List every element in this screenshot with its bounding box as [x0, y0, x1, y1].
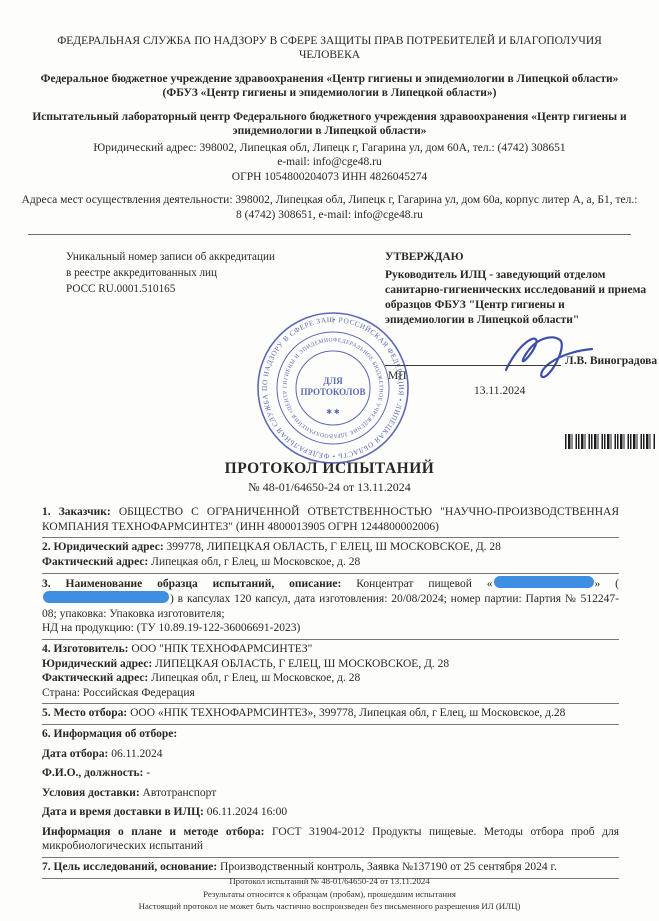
header-activity-addresses: Адреса мест осуществления деятельности: …	[18, 193, 642, 222]
fio-label: Ф.И.О., должность:	[42, 767, 143, 779]
signer-name: Л.В. Виноградова	[565, 355, 657, 367]
section-manufacturer: 4. Изготовитель: ООО "НПК ТЕХНОФАРМСИНТЕ…	[42, 640, 619, 704]
stamp-asterisks: ✱ ✱	[326, 408, 340, 416]
approval-block: УТВЕРЖДАЮ Руководитель ИЛЦ - заведующий …	[385, 250, 647, 328]
section-sampling-place: 5. Место отбора: ООО «НПК ТЕХНОФАРМСИНТЕ…	[42, 704, 619, 725]
nd-value: (ТУ 10.89.19-122-36006691-2023)	[137, 622, 301, 634]
document-header: ФЕДЕРАЛЬНАЯ СЛУЖБА ПО НАДЗОРУ В СФЕРЕ ЗА…	[0, 0, 659, 222]
header-org-name: Федеральное бюджетное учреждение здравоо…	[30, 72, 630, 101]
country-value: Российская Федерация	[83, 687, 195, 699]
signature-zone: • РОССИЙСКАЯ ФЕДЕРАЦИЯ • ЛИПЕЦКАЯ ОБЛАСТ…	[0, 328, 659, 456]
manufacturer-fact-value: Липецкая обл, г Елец, ш Московское, д. 2…	[151, 672, 360, 684]
purpose-label: 7. Цель исследований, основание:	[42, 861, 217, 873]
sampling-info-label: 6. Информация об отборе:	[42, 728, 177, 740]
header-lab-center: Испытательный лабораторный центр Федерал…	[30, 110, 630, 139]
header-service-name: ФЕДЕРАЛЬНАЯ СЛУЖБА ПО НАДЗОРУ В СФЕРЕ ЗА…	[50, 34, 610, 63]
protocol-sections: 1. Заказчик: ОБЩЕСТВО С ОГРАНИЧЕННОЙ ОТВ…	[42, 503, 619, 878]
delivery-conditions-value: Автотранспорт	[143, 787, 217, 799]
accreditation-line2: в реестре аккредитованных лиц	[66, 266, 275, 282]
manufacturer-value: ООО "НПК ТЕХНОФАРМСИНТЕЗ"	[131, 643, 312, 655]
approval-title: УТВЕРЖДАЮ	[385, 250, 647, 265]
section-sample: 3. Наименование образца испытаний, описа…	[42, 574, 619, 640]
section-customer-label: 1. Заказчик:	[42, 506, 111, 518]
section-legal-address: 2. Юридический адрес: 399778, ЛИПЕЦКАЯ О…	[42, 538, 619, 573]
nd-label: НД на продукцию:	[42, 622, 134, 634]
sampling-place-value: ООО «НПК ТЕХНОФАРМСИНТЕЗ», 399778, Липец…	[130, 707, 565, 719]
stamp-center-line1: ДЛЯ	[323, 376, 343, 386]
delivery-conditions-label: Условия доставки:	[42, 787, 140, 799]
round-stamp-icon: • РОССИЙСКАЯ ФЕДЕРАЦИЯ • ЛИПЕЦКАЯ ОБЛАСТ…	[253, 308, 413, 468]
stamp-place-label: МП	[388, 370, 407, 382]
sample-value-prefix: Концентрат пищевой «	[356, 578, 492, 590]
accreditation-line1: Уникальный номер записи об аккредитации	[66, 250, 275, 266]
delivery-datetime-label: Дата и время доставки в ИЛЦ:	[42, 806, 204, 818]
manufacturer-label: 4. Изготовитель:	[42, 643, 129, 655]
accreditation-number: РОСС RU.0001.510165	[66, 282, 275, 298]
purpose-value: Производственный контроль, Заявка №13719…	[220, 861, 557, 873]
protocol-number: № 48-01/64650-24 от 13.11.2024	[0, 480, 659, 495]
barcode	[565, 434, 655, 449]
section-customer-value: ОБЩЕСТВО С ОГРАНИЧЕННОЙ ОТВЕТСТВЕННОСТЬЮ…	[42, 506, 619, 533]
redaction-pill	[494, 576, 594, 588]
sampling-date-value: 06.11.2024	[111, 748, 162, 760]
delivery-datetime-value: 06.11.2024 16:00	[207, 806, 287, 818]
legal-address-value: 399778, ЛИПЕЦКАЯ ОБЛАСТЬ, Г ЕЛЕЦ, Ш МОСК…	[167, 541, 501, 553]
sampling-plan-label: Информация о плане и методе отбора:	[42, 826, 264, 838]
footer-protocol-ref: Протокол испытаний № 48-01/64650-24 от 1…	[0, 875, 659, 888]
footer-copy-note: Настоящий протокол не может быть частичн…	[0, 900, 659, 913]
section-sampling-info: 6. Информация об отборе: Дата отбора: 06…	[42, 725, 619, 858]
sample-label: 3. Наименование образца испытаний, описа…	[42, 578, 341, 590]
manufacturer-legal-label: Юридический адрес:	[42, 658, 152, 670]
document-footer: Протокол испытаний № 48-01/64650-24 от 1…	[0, 875, 659, 913]
manufacturer-fact-label: Фактический адрес:	[42, 672, 148, 684]
header-email: e-mail: info@cge48.ru	[20, 155, 640, 169]
signature-line	[385, 365, 561, 366]
approval-date: 13.11.2024	[474, 385, 525, 397]
redaction-pill	[43, 591, 169, 603]
manufacturer-legal-value: ЛИПЕЦКАЯ ОБЛАСТЬ, Г ЕЛЕЦ, Ш МОСКОВСКОЕ, …	[155, 658, 449, 670]
country-label: Страна:	[42, 687, 80, 699]
accreditation-block: Уникальный номер записи об аккредитации …	[66, 250, 275, 328]
stamp-center-line2: ПРОТОКОЛОВ	[301, 387, 366, 397]
header-ogrn-inn: ОГРН 1054800204073 ИНН 4826045274	[20, 170, 640, 184]
fio-value: -	[146, 767, 150, 779]
sampling-date-label: Дата отбора:	[42, 748, 108, 760]
actual-address-value: Липецкая обл, г Елец, ш Московское, д. 2…	[151, 556, 360, 568]
actual-address-label: Фактический адрес:	[42, 556, 148, 568]
sample-value-mid: » (	[595, 578, 619, 590]
sampling-place-label: 5. Место отбора:	[42, 707, 127, 719]
approval-body: Руководитель ИЛЦ - заведующий отделом са…	[385, 268, 647, 329]
document-page: ФЕДЕРАЛЬНАЯ СЛУЖБА ПО НАДЗОРУ В СФЕРЕ ЗА…	[0, 0, 659, 921]
legal-address-label: 2. Юридический адрес:	[42, 541, 164, 553]
footer-results-note: Результаты относятся к образцам (пробам)…	[0, 888, 659, 901]
header-legal-address: Юридический адрес: 398002, Липецкая обл,…	[20, 141, 640, 155]
section-customer: 1. Заказчик: ОБЩЕСТВО С ОГРАНИЧЕННОЙ ОТВ…	[42, 503, 619, 538]
